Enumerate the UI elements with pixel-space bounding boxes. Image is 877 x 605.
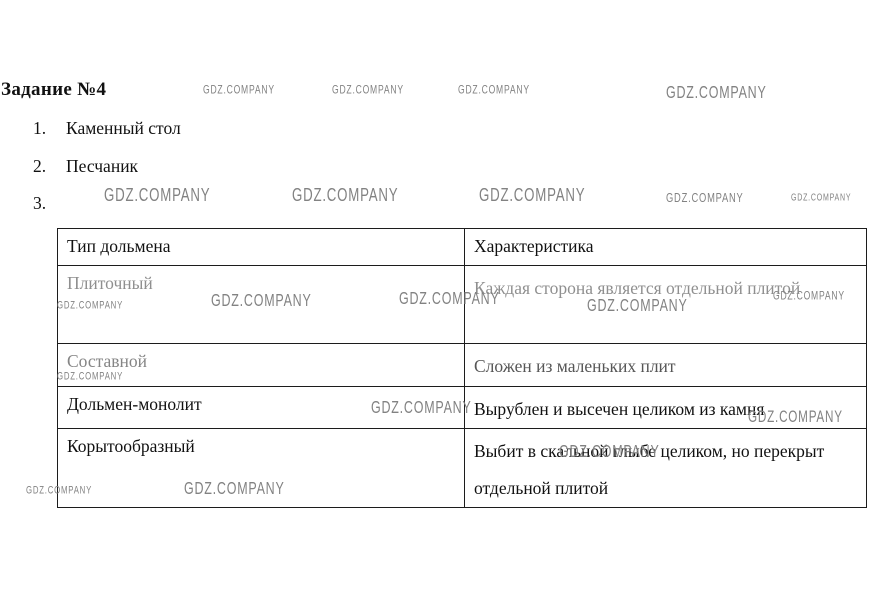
watermark-text: GDZ.COMPANY xyxy=(559,443,660,462)
watermark-text: GDZ.COMPANY xyxy=(371,399,472,418)
watermark-layer: GDZ.COMPANYGDZ.COMPANYGDZ.COMPANYGDZ.COM… xyxy=(0,0,877,605)
watermark-text: GDZ.COMPANY xyxy=(479,185,585,207)
watermark-text: GDZ.COMPANY xyxy=(292,185,398,207)
watermark-text: GDZ.COMPANY xyxy=(104,185,210,207)
watermark-text: GDZ.COMPANY xyxy=(773,290,845,303)
watermark-text: GDZ.COMPANY xyxy=(26,485,92,497)
watermark-text: GDZ.COMPANY xyxy=(458,84,530,97)
watermark-text: GDZ.COMPANY xyxy=(666,190,744,205)
watermark-text: GDZ.COMPANY xyxy=(399,290,500,309)
watermark-text: GDZ.COMPANY xyxy=(791,192,851,203)
watermark-text: GDZ.COMPANY xyxy=(587,297,688,316)
watermark-text: GDZ.COMPANY xyxy=(211,292,312,311)
watermark-text: GDZ.COMPANY xyxy=(57,300,123,312)
watermark-text: GDZ.COMPANY xyxy=(203,84,275,97)
watermark-text: GDZ.COMPANY xyxy=(748,408,843,426)
watermark-text: GDZ.COMPANY xyxy=(57,371,123,383)
watermark-text: GDZ.COMPANY xyxy=(666,84,767,103)
watermark-text: GDZ.COMPANY xyxy=(332,84,404,97)
document-page: { "page": { "heading": "Задание №4" }, "… xyxy=(0,0,877,605)
watermark-text: GDZ.COMPANY xyxy=(184,480,285,499)
